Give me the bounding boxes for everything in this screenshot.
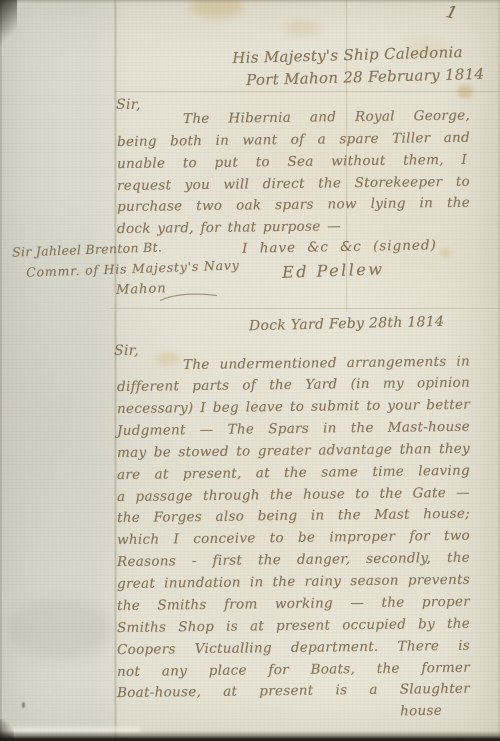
page-edge-bottom: [0, 731, 500, 741]
manuscript-page: 1 His Majesty's Ship Caledonia Port Maho…: [0, 0, 500, 741]
letter2-catchword: house: [400, 703, 442, 720]
letter1-body-line: The Hibernia and Royal George,: [183, 107, 470, 133]
letter2-salutation: Sir,: [114, 343, 139, 359]
page-corner-shadow-bottom-left: [0, 719, 14, 741]
letter1-closing: I have &c &c (signed): [242, 237, 437, 256]
letter1-salutation: Sir,: [116, 97, 141, 113]
letter1-signature: Ed Pellew: [282, 259, 385, 282]
letter2-heading-place-date: Dock Yard Feby 28th 1814: [244, 314, 449, 335]
